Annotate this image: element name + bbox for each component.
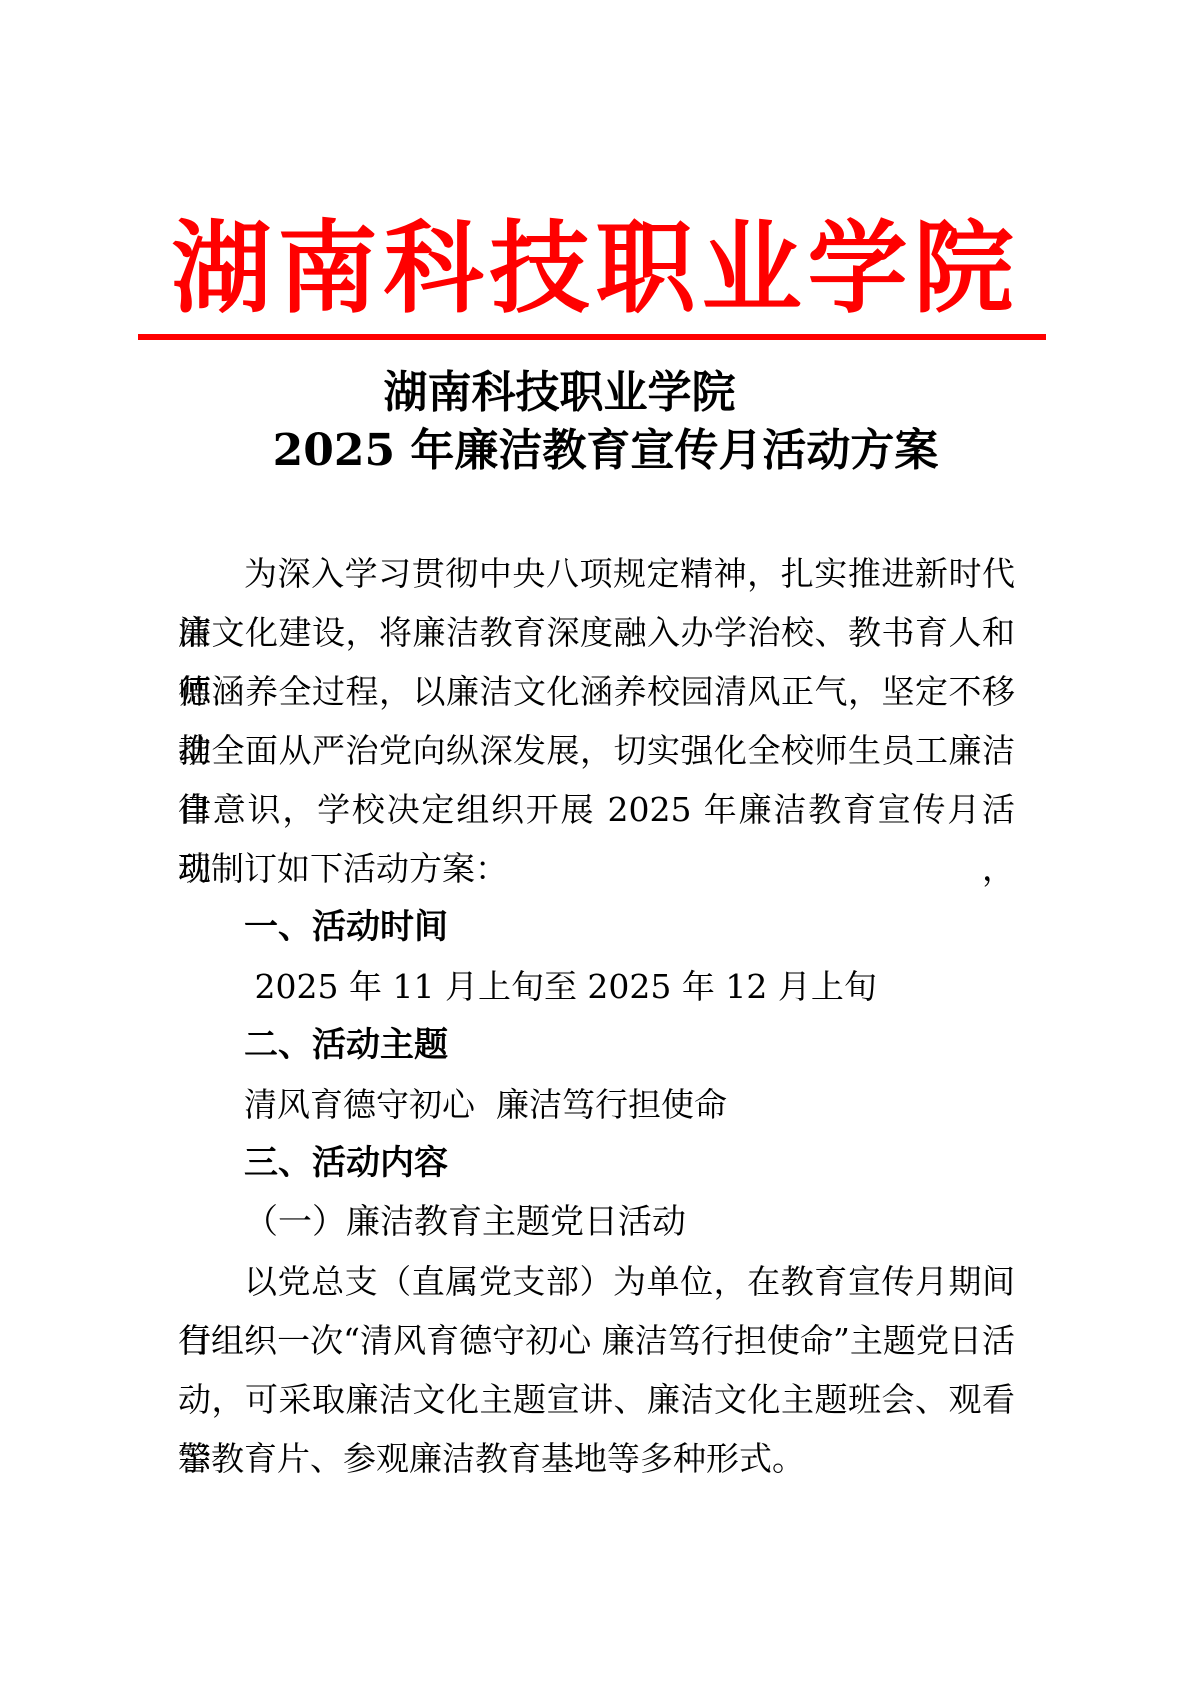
paragraph-line: 示教育片、参观廉洁教育基地等多种形式。 (178, 1429, 1015, 1488)
paragraph-line: 为深入学习贯彻中央八项规定精神，扎实推进新时代廉 (178, 544, 1015, 603)
section-heading-activity-content: 三、活动内容 (178, 1134, 1015, 1193)
activity-time-value: 2025 年 11 月上旬至 2025 年 12 月上旬 (178, 957, 1015, 1016)
paragraph-line: 律意识，学校决定组织开展 2025 年廉洁教育宣传月活动， (178, 780, 1015, 839)
subsection-heading-party-day: （一）廉洁教育主题党日活动 (178, 1193, 1015, 1252)
section-heading-activity-theme: 二、活动主题 (178, 1016, 1015, 1075)
paragraph-line: 以党总支（直属党支部）为单位，在教育宣传月期间自 (178, 1252, 1015, 1311)
document-page: 湖南科技职业学院 湖南科技职业学院 2025 年廉洁教育宣传月活动方案 为深入学… (0, 0, 1191, 1684)
paragraph-line: 行组织一次“清风育德守初心 廉洁笃行担使命”主题党日活 (178, 1311, 1015, 1370)
document-title-line2: 2025 年廉洁教育宣传月活动方案 (10, 422, 1191, 480)
paragraph-line: 动，可采取廉洁文化主题宣讲、廉洁文化主题班会、观看警 (178, 1370, 1015, 1429)
activity-theme-value: 清风育德守初心 廉洁笃行担使命 (178, 1075, 1015, 1134)
document-body: 为深入学习贯彻中央八项规定精神，扎实推进新时代廉 洁文化建设，将廉洁教育深度融入… (178, 544, 1015, 1488)
section-heading-activity-time: 一、活动时间 (178, 898, 1015, 957)
document-title: 湖南科技职业学院 2025 年廉洁教育宣传月活动方案 (0, 364, 1191, 480)
paragraph-line: 动全面从严治党向纵深发展，切实强化全校师生员工廉洁自 (178, 721, 1015, 780)
letterhead-divider-rule (138, 334, 1046, 340)
document-title-line1: 湖南科技职业学院 (0, 364, 1155, 422)
paragraph-line: 洁文化建设，将廉洁教育深度融入办学治校、教书育人和师 (178, 603, 1015, 662)
paragraph-line: 德涵养全过程，以廉洁文化涵养校园清风正气，坚定不移推 (178, 662, 1015, 721)
letterhead-title: 湖南科技职业学院 (0, 216, 1191, 320)
